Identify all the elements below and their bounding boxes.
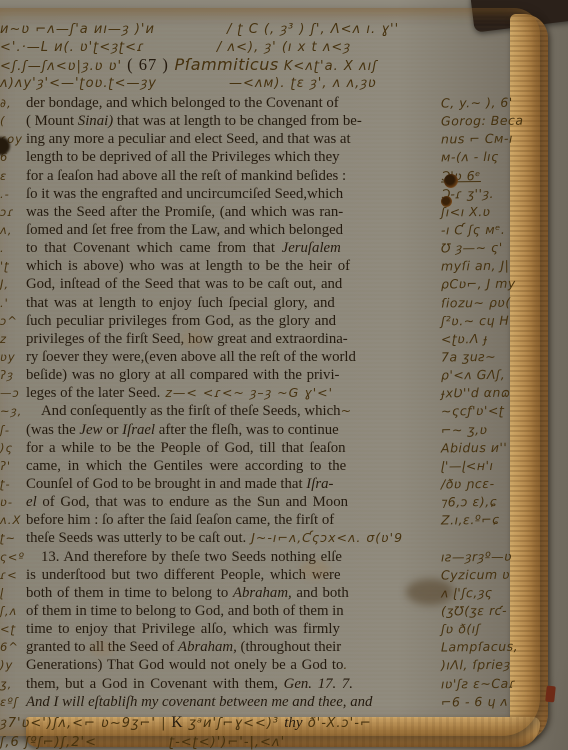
printed-italic-text: Jeruſalem: [282, 240, 341, 256]
printed-line: to that Covenant which came from that Je…: [26, 239, 438, 257]
left-margin-mark: 6: [0, 148, 26, 166]
printed-line: God, inſtead of the Seed that was to be …: [26, 275, 438, 293]
text-line: z privileges of the firſt Seed, how grea…: [0, 330, 534, 348]
right-margin-note: ρCʋ⌐, J my: [438, 275, 534, 294]
printed-text: length to be deprived of all the Privile…: [26, 149, 340, 165]
left-margin-mark: ɛ: [0, 167, 26, 185]
left-margin-mark: ɔɾ: [0, 203, 26, 221]
footer-annotations: ȝ7'ʋ<')ʃʌ,<⌐ ʋ~9ʒ⌐' | K ʒᵃᴎ'ʃ⌐ɣ<<)³ thy …: [0, 713, 534, 750]
printed-text: them, but a God in Covenant with them,: [26, 676, 284, 692]
text-line: ʔȝ beſide) was no glory at all compared …: [0, 366, 534, 384]
printed-line: Generations) That God would not onely be…: [26, 656, 438, 674]
text-line: J, God, inſtead of the Seed that was to …: [0, 275, 534, 293]
right-margin-note: nus ⌐ Cᴍ-ı: [438, 130, 534, 149]
left-margin-mark: )y: [0, 656, 26, 674]
handwriting: ʌ)ʌy'ȝ'<—'ʈoʋ.ʈ<—ȝy: [0, 76, 157, 91]
text-line: )ς for a while to be the People of God, …: [0, 439, 534, 457]
printed-line: for a while to be the People of God, til…: [26, 439, 438, 457]
text-line: ɔɾ was the Seed after the Promiſe, (and …: [0, 203, 534, 221]
handwriting: / ʌ<), ȝ' (ı x t ʌ<ȝ: [217, 40, 351, 55]
printed-text: after the fleſh, was to continue: [155, 422, 339, 438]
right-margin-note: ⁊6,ɔ ɛ),ɕ: [438, 493, 534, 512]
left-margin-mark: ʔ': [0, 457, 26, 475]
left-margin-mark: .-: [0, 185, 26, 203]
right-margin-note: ρ'<ʌ GΛʃ,: [438, 366, 534, 385]
printed-line: leges of the later Seed. z—< <ɾ<~ ȝ–ȝ ~G…: [26, 384, 438, 402]
annotation-line: <ʃ.ʃ—ʃʌ<ʋ|ȝ.ʋ ʋ' ( 67 ) Pſammiticus K<ʌʈ…: [0, 56, 534, 74]
printed-italic-text: thy: [284, 715, 302, 731]
printed-text: of them in time to belong to God, and bo…: [26, 603, 344, 619]
left-margin-mark: ∂,: [0, 94, 26, 112]
handwriting: ð'-X.ɔ'-⌐: [303, 716, 372, 731]
text-line: ɾ< is underſtood but two different Peopl…: [0, 566, 534, 584]
right-margin-note: /ðʋ ɲcɛ-: [438, 474, 534, 493]
printed-text: or: [102, 422, 122, 438]
printed-text: is underſtood but two different People, …: [26, 567, 341, 583]
handwriting: z—< <ɾ<~ ȝ–ȝ ~G ɣ'<': [160, 385, 333, 400]
text-line: . to that Covenant which came from that …: [0, 239, 534, 257]
text-line: ʃ,ʌ of them in time to belong to God, an…: [0, 602, 534, 620]
printed-line: that was at length to enjoy ſuch ſpecial…: [26, 294, 438, 312]
right-margin-note: [438, 529, 534, 548]
printed-line: them, but a God in Covenant with them, G…: [26, 675, 438, 693]
text-line: ɾoy ing any more a peculiar and elect Se…: [0, 130, 534, 148]
right-margin-note: ~ςcƒ'ʋ'<ʈ: [438, 402, 534, 421]
text-line: <ʈ time to enjoy that Privilege alſo, wh…: [0, 620, 534, 638]
left-margin-mark: 'ʈ: [0, 257, 26, 275]
printed-text: ſomed and ſet free from the Law, and whi…: [26, 222, 343, 238]
printed-text: for a ſeaſon had above all the reſt of m…: [26, 168, 346, 184]
right-margin-note: (ʒƱ(ʒɛ rƈ-: [438, 601, 534, 620]
printed-italic-text: Jew: [79, 422, 102, 438]
left-margin-mark: ʈ~: [0, 529, 26, 547]
handwriting: K<ʌʈ'a. X ʌıʃ: [279, 59, 378, 74]
annotation-line: ᴎ~ʋ ⌐ʌ—ʃ'a ᴎı—ȝ )'ᴎ/ ʈ C (, ȝ³ ) ʃ', Λ<ʌ…: [0, 20, 534, 38]
printed-line: which is above) who was at length to be …: [26, 257, 438, 275]
text-line: ʋ- el of God, that was to endure as the …: [0, 493, 534, 511]
handwriting: J~-ı⌐ʌ,Ƈςɔx<ʌ. σ(ʋ'9: [246, 530, 403, 545]
printed-text: privileges of the firſt Seed, how great …: [26, 331, 348, 347]
printed-text: K: [166, 714, 188, 731]
handwriting: <'.·—L ᴎ(. ʋ'ʈ<ȝʈ<ɾ: [0, 40, 145, 55]
handwriting: ᴎ~ʋ ⌐ʌ—ʃ'a ᴎı—ȝ )'ᴎ: [0, 22, 155, 37]
book-page: ᴎ~ʋ ⌐ʌ—ʃ'a ᴎı—ȝ )'ᴎ/ ʈ C (, ȝ³ ) ʃ', Λ<ʌ…: [0, 8, 540, 736]
right-margin-note: Ɔ-ɾ ʒ''ȝ.: [438, 184, 534, 203]
header-annotations: ᴎ~ʋ ⌐ʌ—ʃ'a ᴎı—ȝ )'ᴎ/ ʈ C (, ȝ³ ) ʃ', Λ<ʌ…: [0, 14, 534, 92]
text-line: ( ( Mount Sinai) that was at length to b…: [0, 112, 534, 130]
handwriting: —<ʌᴍ). ʈɛ ȝ', ʌ ʌ,ȝʋ: [229, 76, 377, 91]
right-margin-note: C, y.~ ), 6': [438, 93, 534, 112]
printed-text: God, inſtead of the Seed that was to be …: [26, 276, 342, 292]
printed-text: Counſel of God to be brought in and made…: [26, 476, 306, 492]
right-margin-note: Abidus ᴎ'': [438, 438, 534, 457]
printed-italic-text: Sinai): [78, 113, 113, 129]
text-line: ɛºʃ And I will eſtabliſh my covenant bet…: [0, 693, 534, 711]
right-margin-note: Lampſacus,: [438, 638, 534, 657]
text-line: ʌ.X before him : ſo after the ſaid ſeaſo…: [0, 511, 534, 529]
text-line: ɭ both of them in time to belong to Abra…: [0, 584, 534, 602]
printed-line: ing any more a peculiar and elect Seed, …: [26, 130, 438, 148]
page-content: ᴎ~ʋ ⌐ʌ—ʃ'a ᴎı—ȝ )'ᴎ/ ʈ C (, ȝ³ ) ʃ', Λ<ʌ…: [0, 14, 534, 736]
left-margin-mark: .': [0, 294, 26, 312]
left-margin-mark: ʃ-: [0, 421, 26, 439]
printed-text: which is above) who was at length to be …: [26, 258, 350, 274]
printed-text: and both: [292, 585, 349, 601]
printed-line: theſe Seeds was utterly to be caſt out. …: [26, 529, 438, 547]
printed-line: Counſel of God to be brought in and made…: [26, 475, 438, 493]
right-margin-note: -ı Ƈ ʃς ᴍᵉ.: [438, 220, 534, 239]
text-line: 'ʈ which is above) who was at length to …: [0, 257, 534, 275]
text-line: .' that was at length to enjoy ſuch ſpec…: [0, 294, 534, 312]
printed-line: granted to all the Seed of Abraham, (thr…: [26, 638, 438, 656]
handwriting: ʈ-<ʈ<)')⌐'-|,<ʌ': [169, 735, 285, 750]
printed-italic-text: Abraham,: [233, 585, 292, 601]
printed-line: ry ſoever they were,(even above all the …: [26, 348, 438, 366]
handwriting: ~: [341, 403, 352, 418]
printed-italic-text: And I will eſtabliſh my covenant between…: [26, 694, 372, 710]
text-line: .- ſo it was the engrafted and uncircumc…: [0, 185, 534, 203]
right-margin-note: Ʊ ȝ—~ ς': [438, 239, 534, 258]
left-margin-mark: ɾoy: [0, 130, 26, 148]
printed-text: leges of the later Seed.: [26, 385, 160, 401]
printed-line: before him : ſo after the ſaid ſeaſon ca…: [26, 511, 438, 529]
text-line: ʈ~ theſe Seeds was utterly to be caſt ou…: [0, 529, 534, 547]
handwriting: .: [343, 657, 348, 672]
printed-line: ſomed and ſet free from the Law, and whi…: [26, 221, 438, 239]
printed-text-block: ∂, der bondage, and which belonged to th…: [0, 94, 534, 711]
left-margin-mark: (: [0, 112, 26, 130]
printed-text: before him : ſo after the ſaid ſeaſon ca…: [26, 512, 334, 528]
left-margin-mark: ʈ-: [0, 475, 26, 493]
printed-text: came, in which the Gentiles were accordi…: [26, 458, 346, 474]
left-margin-mark: ʋy: [0, 348, 26, 366]
printed-italic-text: Iſrael: [122, 422, 155, 438]
right-margin-note: myſi an, J|: [438, 257, 534, 276]
printed-text: ry ſoever they were,(even above all the …: [26, 349, 356, 365]
left-margin-mark: ɔ^: [0, 312, 26, 330]
printed-line: came, in which the Gentiles were accordi…: [26, 457, 438, 475]
text-line: ɔ^ ſuch peculiar privileges from God, as…: [0, 312, 534, 330]
right-margin-note: )ıΛl, ſprieȝ: [438, 656, 534, 675]
handwriting: ȝ7'ʋ<')ʃʌ,<⌐ ʋ~9ʒ⌐' |: [0, 716, 166, 731]
printed-italic-text: Gen. 17. 7.: [284, 676, 353, 692]
printed-text: time to enjoy that Privilege alſo, which…: [26, 621, 340, 637]
right-margin-note: Cyzicum ʋ: [438, 565, 534, 584]
left-margin-mark: ʋ-: [0, 493, 26, 511]
printed-line: length to be deprived of all the Privile…: [26, 148, 438, 166]
text-line: ɛ for a ſeaſon had above all the reſt of…: [0, 167, 534, 185]
left-margin-mark: ɾ<: [0, 566, 26, 584]
printed-line: was the Seed after the Promiſe, (and whi…: [26, 203, 438, 221]
right-margin-note: ıƨ—ȝrȝº—ʋ: [438, 547, 534, 566]
printed-text: ſo it was the engrafted and uncircumciſe…: [26, 186, 343, 202]
printed-text: Generations) That God would not onely be…: [26, 657, 343, 673]
annotation-line: <'.·—L ᴎ(. ʋ'ʈ<ȝʈ<ɾ/ ʌ<), ȝ' (ı x t ʌ<ȝ: [0, 38, 534, 56]
printed-text: that was at length to be changed from be…: [113, 113, 362, 129]
handwriting: / ʈ C (, ȝ³ ) ʃ', Λ<ʌ ı. ɣ'': [227, 22, 399, 37]
right-margin-note: ɭ'—ɭ<ʜ'ı: [438, 456, 534, 475]
text-line: 6^ granted to all the Seed of Abraham, (…: [0, 638, 534, 656]
right-margin-note: ᴍ-(ʌ - lıς: [438, 148, 534, 167]
right-margin-note: ɟxƲ''d αnɷ: [438, 384, 534, 403]
left-margin-mark: —ɔ: [0, 384, 26, 402]
right-margin-note: <ʈʋ.Λ ɟ: [438, 329, 534, 348]
printed-line: And conſequently as the firſt of theſe S…: [26, 402, 438, 420]
right-margin-note: ʌ ɭ'ʃc,ȝς: [438, 583, 534, 602]
printed-line: is underſtood but two different People, …: [26, 566, 438, 584]
book-photo: ᴎ~ʋ ⌐ʌ—ʃ'a ᴎı—ȝ )'ᴎ/ ʈ C (, ȝ³ ) ʃ', Λ<ʌ…: [0, 0, 568, 750]
printed-text: that was at length to enjoy ſuch ſpecial…: [26, 295, 335, 311]
left-margin-mark: z: [0, 330, 26, 348]
text-line: )y Generations) That God would not onely…: [0, 656, 534, 674]
left-margin-mark: ɛºʃ: [0, 693, 26, 711]
left-margin-mark: ʌ,: [0, 221, 26, 239]
left-margin-mark: <ʈ: [0, 620, 26, 638]
annotation-line: ʃ,6 ʃºʃ⌐)ʃ,2'<ʈ-<ʈ<)')⌐'-|,<ʌ': [0, 732, 534, 750]
printed-line: time to enjoy that Privilege alſo, which…: [26, 620, 438, 638]
right-margin-note: ʃ²ʋ.~ cɥ H: [438, 311, 534, 330]
right-margin-note: ⌐6 - 6 ɥ ʌ: [438, 692, 534, 711]
handwritten-word: Pſammiticus: [169, 55, 279, 74]
printed-text: of God, that was to endure as the Sun an…: [37, 494, 348, 510]
right-margin-note: Z.ı,ɛ.º⌐ɕ: [438, 511, 534, 530]
printed-italic-text: Abraham,: [178, 639, 237, 655]
printed-text: to that Covenant which came from that: [26, 240, 282, 256]
right-margin-note: ſiozu~ ρʋ(: [438, 293, 534, 312]
text-line: ʔ' came, in which the Gentiles were acco…: [0, 457, 534, 475]
handwriting: ʃ,6 ʃºʃ⌐)ʃ,2'<: [0, 735, 97, 750]
printed-line: ſo it was the engrafted and uncircumciſe…: [26, 185, 438, 203]
handwriting: <ʃ.ʃ—ʃʌ<ʋ|ȝ.ʋ ʋ': [0, 59, 127, 74]
printed-line: 13. And therefore by theſe two Seeds not…: [26, 548, 438, 566]
text-line: ʋy ry ſoever they were,(even above all t…: [0, 348, 534, 366]
right-margin-note: ʃı<ı X.ʋ: [438, 202, 534, 221]
printed-text: ( 67 ): [127, 55, 169, 74]
printed-line: of them in time to belong to God, and bo…: [26, 602, 438, 620]
printed-italic-text: el: [26, 494, 37, 510]
printed-line: der bondage, and which belonged to the C…: [26, 94, 438, 112]
printed-text: der bondage, and which belonged to the C…: [26, 95, 339, 111]
printed-text: 13. And therefore by theſe two Seeds not…: [41, 549, 342, 565]
text-line: ∂, der bondage, and which belonged to th…: [0, 94, 534, 112]
left-margin-mark: .: [0, 239, 26, 257]
right-margin-note: ıʋ'ʃƨ ɛ~Caɾ: [438, 674, 534, 693]
printed-text: ( Mount: [26, 113, 78, 129]
left-margin-mark: ς<º: [0, 548, 26, 566]
right-margin-note: ʃʋ ð(ıʃ: [438, 620, 534, 639]
printed-line: beſide) was no glory at all compared wit…: [26, 366, 438, 384]
right-margin-note: 7a ʒuƨ~: [438, 347, 534, 366]
text-line: 6 length to be deprived of all the Privi…: [0, 148, 534, 166]
printed-text: both of them in time to belong to: [26, 585, 233, 601]
printed-italic-text: Iſra-: [306, 476, 333, 492]
printed-line: both of them in time to belong to Abraha…: [26, 584, 438, 602]
right-margin-note: Ɔ'ʋ 6ᵉ: [438, 166, 534, 185]
printed-text: (was the: [26, 422, 79, 438]
left-margin-mark: ~ȝ,: [0, 402, 26, 420]
text-line: ς<º 13. And therefore by theſe two Seeds…: [0, 548, 534, 566]
right-margin-note: ⌐~ ʒ,ʋ: [438, 420, 534, 439]
text-line: ʈ- Counſel of God to be brought in and m…: [0, 475, 534, 493]
left-margin-mark: ʃ,ʌ: [0, 602, 26, 620]
printed-line: ( Mount Sinai) that was at length to be …: [26, 112, 438, 130]
printed-text: beſide) was no glory at all compared wit…: [26, 367, 339, 383]
left-margin-mark: ɭ: [0, 584, 26, 602]
left-margin-mark: ʌ.X: [0, 511, 26, 529]
printed-text: ſuch peculiar privileges from God, as th…: [26, 313, 336, 329]
printed-text: ing any more a peculiar and elect Seed, …: [26, 131, 351, 147]
printed-line: privileges of the firſt Seed, how great …: [26, 330, 438, 348]
printed-text: was the Seed after the Promiſe, (and whi…: [26, 204, 343, 220]
annotation-line: ȝ7'ʋ<')ʃʌ,<⌐ ʋ~9ʒ⌐' | K ʒᵃᴎ'ʃ⌐ɣ<<)³ thy …: [0, 713, 534, 732]
printed-text: granted to all the Seed of: [26, 639, 178, 655]
left-margin-mark: ʒ,: [0, 675, 26, 693]
text-line: ʃ- (was the Jew or Iſrael after the fleſ…: [0, 421, 534, 439]
left-margin-mark: J,: [0, 275, 26, 293]
text-line: —ɔ leges of the later Seed. z—< <ɾ<~ ȝ–ȝ…: [0, 384, 534, 402]
handwriting: ʒᵃᴎ'ʃ⌐ɣ<<)³: [188, 716, 284, 731]
printed-line: for a ſeaſon had above all the reſt of m…: [26, 167, 438, 185]
printed-line: (was the Jew or Iſrael after the fleſh, …: [26, 421, 438, 439]
left-margin-mark: ʔȝ: [0, 366, 26, 384]
printed-line: el of God, that was to endure as the Sun…: [26, 493, 438, 511]
printed-line: ſuch peculiar privileges from God, as th…: [26, 312, 438, 330]
printed-line: And I will eſtabliſh my covenant between…: [26, 693, 438, 711]
right-margin-note: Gorog: Beca: [438, 112, 534, 131]
text-line: ʌ, ſomed and ſet free from the Law, and …: [0, 221, 534, 239]
text-line: ~ȝ, And conſequently as the firſt of the…: [0, 402, 534, 420]
printed-text: And conſequently as the firſt of theſe S…: [41, 403, 341, 419]
left-margin-mark: 6^: [0, 638, 26, 656]
printed-text: theſe Seeds was utterly to be caſt out.: [26, 530, 246, 546]
printed-text: (throughout their: [237, 639, 341, 655]
text-line: ʒ, them, but a God in Covenant with them…: [0, 675, 534, 693]
left-margin-mark: )ς: [0, 439, 26, 457]
annotation-line: ʌ)ʌy'ȝ'<—'ʈoʋ.ʈ<—ȝy—<ʌᴍ). ʈɛ ȝ', ʌ ʌ,ȝʋ: [0, 74, 534, 92]
printed-text: for a while to be the People of God, til…: [26, 440, 346, 456]
